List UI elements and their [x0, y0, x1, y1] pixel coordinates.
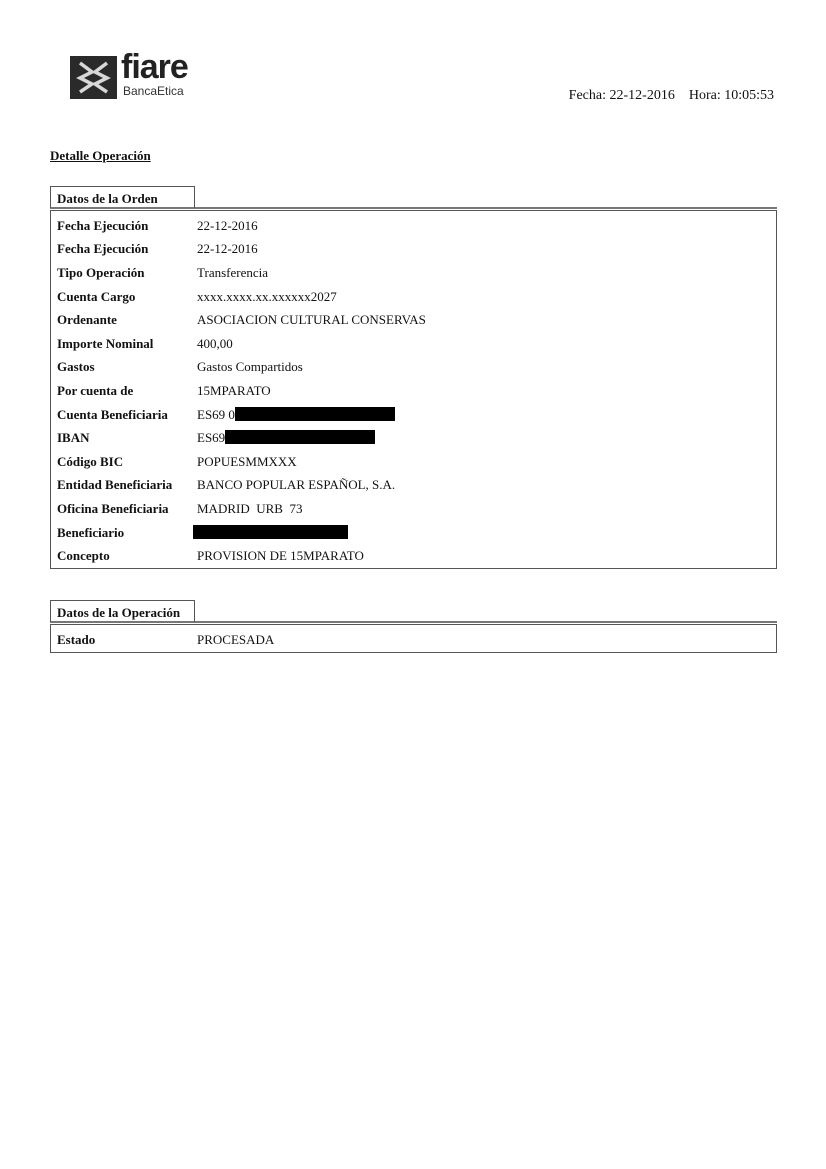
page-title: Detalle Operación	[50, 148, 151, 164]
time-value: 10:05:53	[724, 88, 774, 103]
date-value: 22-12-2016	[610, 88, 675, 103]
table-row: Tipo OperaciónTransferencia	[51, 261, 776, 285]
field-label: Beneficiario	[51, 525, 196, 541]
field-label: Cuenta Cargo	[51, 289, 196, 305]
field-label: Oficina Beneficiaria	[51, 501, 196, 517]
table-row: Beneficiario	[51, 521, 776, 545]
date-label: Fecha:	[569, 88, 606, 103]
section-title: Datos de la Orden	[50, 186, 195, 208]
table-row: Cuenta Cargoxxxx.xxxx.xx.xxxxxx2027	[51, 285, 776, 309]
field-label: Fecha Ejecución	[51, 218, 196, 234]
logo-wordmark: fiare	[121, 48, 188, 87]
table-row: ConceptoPROVISION DE 15MPARATO	[51, 544, 776, 568]
field-label: Fecha Ejecución	[51, 241, 196, 257]
table-row: Cuenta BeneficiariaES69 0	[51, 403, 776, 427]
field-label: Entidad Beneficiaria	[51, 477, 196, 493]
operation-section: Datos de la Operación EstadoPROCESADA	[50, 600, 777, 653]
timestamp: Fecha: 22-12-2016 Hora: 10:05:53	[569, 88, 774, 104]
table-row: EstadoPROCESADA	[51, 628, 776, 652]
field-value: xxxx.xxxx.xx.xxxxxx2027	[196, 289, 776, 305]
field-value: 22-12-2016	[196, 241, 776, 257]
field-label: Concepto	[51, 548, 196, 564]
field-value: ASOCIACION CULTURAL CONSERVAS	[196, 312, 776, 328]
field-label: Estado	[51, 632, 196, 648]
table-row: Entidad BeneficiariaBANCO POPULAR ESPAÑO…	[51, 474, 776, 498]
field-value: 400,00	[196, 336, 776, 352]
fiare-logo-icon	[70, 56, 117, 99]
field-label: Importe Nominal	[51, 336, 196, 352]
table-row: Por cuenta de15MPARATO	[51, 379, 776, 403]
operation-details-table: EstadoPROCESADA	[50, 624, 777, 653]
field-label: Tipo Operación	[51, 265, 196, 281]
field-value	[196, 525, 776, 541]
field-label: Ordenante	[51, 312, 196, 328]
logo-subtitle: BancaEtica	[123, 84, 184, 98]
field-label: Gastos	[51, 359, 196, 375]
section-title: Datos de la Operación	[50, 600, 195, 622]
table-row: Código BICPOPUESMMXXX	[51, 450, 776, 474]
time-label: Hora:	[689, 88, 721, 103]
redaction-bar	[235, 407, 395, 421]
field-value: MADRID URB 73	[196, 501, 776, 517]
field-value: 22-12-2016	[196, 218, 776, 234]
field-value: Transferencia	[196, 265, 776, 281]
table-row: GastosGastos Compartidos	[51, 356, 776, 380]
field-label: IBAN	[51, 430, 196, 446]
table-row: Oficina BeneficiariaMADRID URB 73	[51, 497, 776, 521]
field-value: PROVISION DE 15MPARATO	[196, 548, 776, 564]
field-value: ES69	[196, 430, 776, 446]
field-label: Cuenta Beneficiaria	[51, 407, 196, 423]
order-section: Datos de la Orden Fecha Ejecución22-12-2…	[50, 186, 777, 569]
field-value: PROCESADA	[196, 632, 776, 648]
table-row: Fecha Ejecución22-12-2016	[51, 238, 776, 262]
table-row: OrdenanteASOCIACION CULTURAL CONSERVAS	[51, 308, 776, 332]
fiare-logo: fiare BancaEtica	[70, 56, 190, 100]
field-value: Gastos Compartidos	[196, 359, 776, 375]
field-value: POPUESMMXXX	[196, 454, 776, 470]
field-value: ES69 0	[196, 407, 776, 423]
field-value: 15MPARATO	[196, 383, 776, 399]
redaction-bar	[193, 525, 348, 539]
field-label: Código BIC	[51, 454, 196, 470]
table-row: IBANES69	[51, 426, 776, 450]
field-label: Por cuenta de	[51, 383, 196, 399]
table-row: Fecha Ejecución22-12-2016	[51, 214, 776, 238]
table-row: Importe Nominal400,00	[51, 332, 776, 356]
order-details-table: Fecha Ejecución22-12-2016Fecha Ejecución…	[50, 210, 777, 569]
field-value: BANCO POPULAR ESPAÑOL, S.A.	[196, 477, 776, 493]
redaction-bar	[225, 430, 375, 444]
